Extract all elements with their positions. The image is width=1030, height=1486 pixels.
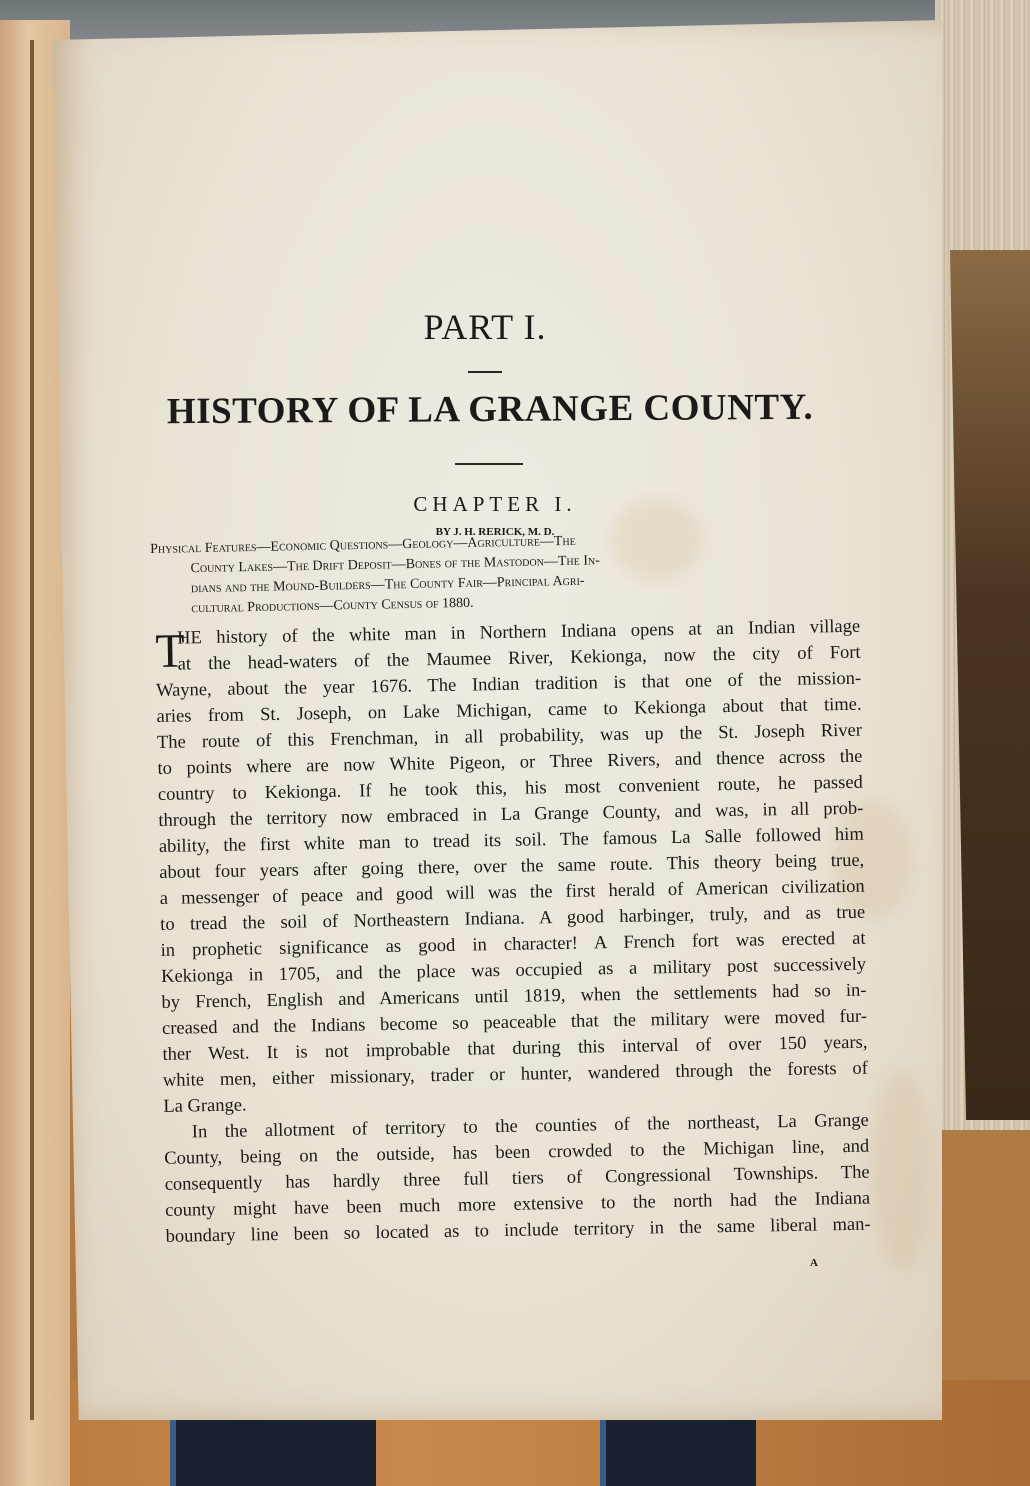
book-title: HISTORY OF LA GRANGE COUNTY. (150, 386, 830, 434)
part-title: PART I. (0, 306, 970, 348)
divider-rule (468, 371, 502, 373)
chapter-title: CHAPTER I. (0, 492, 990, 517)
signature-mark: A (810, 1257, 818, 1269)
drop-cap: T (155, 629, 185, 674)
divider-rule (455, 463, 523, 465)
body-text: T HE history of the white man in Norther… (155, 614, 871, 1250)
chapter-synopsis: Physical Features—Economic Questions—Geo… (150, 527, 841, 620)
page-content: PART I. HISTORY OF LA GRANGE COUNTY. CHA… (0, 0, 1030, 1486)
